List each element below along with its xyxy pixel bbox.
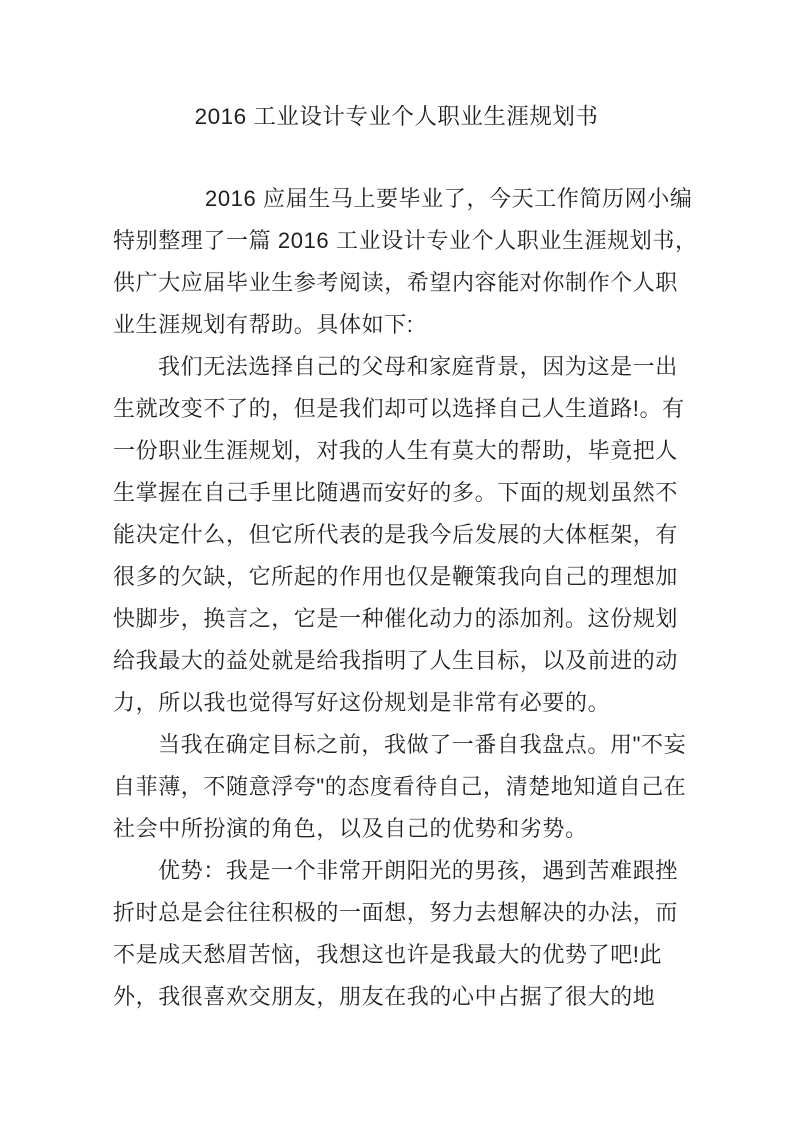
text-line: 自菲薄，不随意浮夸"的态度看待自己，清楚地知道自己在 — [113, 766, 685, 808]
text-line: 当我在确定目标之前，我做了一番自我盘点。用"不妄 — [113, 724, 685, 766]
text-line: 社会中所扮演的角色，以及自己的优势和劣势。 — [113, 808, 685, 850]
document-page: 2016 工业设计专业个人职业生涯规划书 2016 应届生马上要毕业了，今天工作… — [0, 0, 793, 1122]
document-body: 2016 应届生马上要毕业了，今天工作简历网小编特别整理了一篇 2016 工业设… — [113, 178, 685, 1018]
text-line: 快脚步，换言之，它是一种催化动力的添加剂。这份规划 — [113, 598, 685, 640]
text-line: 折时总是会往往积极的一面想，努力去想解决的办法，而 — [113, 892, 685, 934]
text-line: 能决定什么，但它所代表的是我今后发展的大体框架，有 — [113, 514, 685, 556]
text-line: 力，所以我也觉得写好这份规划是非常有必要的。 — [113, 682, 685, 724]
text-line: 一份职业生涯规划，对我的人生有莫大的帮助，毕竟把人 — [113, 430, 685, 472]
text-line: 特别整理了一篇 2016 工业设计专业个人职业生涯规划书， — [113, 220, 685, 262]
text-line: 业生涯规划有帮助。具体如下: — [113, 304, 685, 346]
text-line: 生掌握在自己手里比随遇而安好的多。下面的规划虽然不 — [113, 472, 685, 514]
text-line: 优势：我是一个非常开朗阳光的男孩，遇到苦难跟挫 — [113, 850, 685, 892]
text-line: 生就改变不了的，但是我们却可以选择自己人生道路!。有 — [113, 388, 685, 430]
paragraph-intro: 2016 应届生马上要毕业了，今天工作简历网小编特别整理了一篇 2016 工业设… — [113, 178, 685, 346]
text-line: 我们无法选择自己的父母和家庭背景，因为这是一出 — [113, 346, 685, 388]
paragraph-self-assessment: 当我在确定目标之前，我做了一番自我盘点。用"不妄自菲薄，不随意浮夸"的态度看待自… — [113, 724, 685, 850]
document-title: 2016 工业设计专业个人职业生涯规划书 — [0, 96, 793, 138]
paragraph-strengths: 优势：我是一个非常开朗阳光的男孩，遇到苦难跟挫折时总是会往往积极的一面想，努力去… — [113, 850, 685, 1018]
text-line: 供广大应届毕业生参考阅读，希望内容能对你制作个人职 — [113, 262, 685, 304]
text-line: 不是成天愁眉苦恼，我想这也许是我最大的优势了吧!此 — [113, 934, 685, 976]
paragraph-planning-value: 我们无法选择自己的父母和家庭背景，因为这是一出生就改变不了的，但是我们却可以选择… — [113, 346, 685, 724]
text-line: 给我最大的益处就是给我指明了人生目标，以及前进的动 — [113, 640, 685, 682]
text-line: 外，我很喜欢交朋友，朋友在我的心中占据了很大的地 — [113, 976, 685, 1018]
text-line: 很多的欠缺，它所起的作用也仅是鞭策我向自己的理想加 — [113, 556, 685, 598]
text-line: 2016 应届生马上要毕业了，今天工作简历网小编 — [113, 178, 685, 220]
